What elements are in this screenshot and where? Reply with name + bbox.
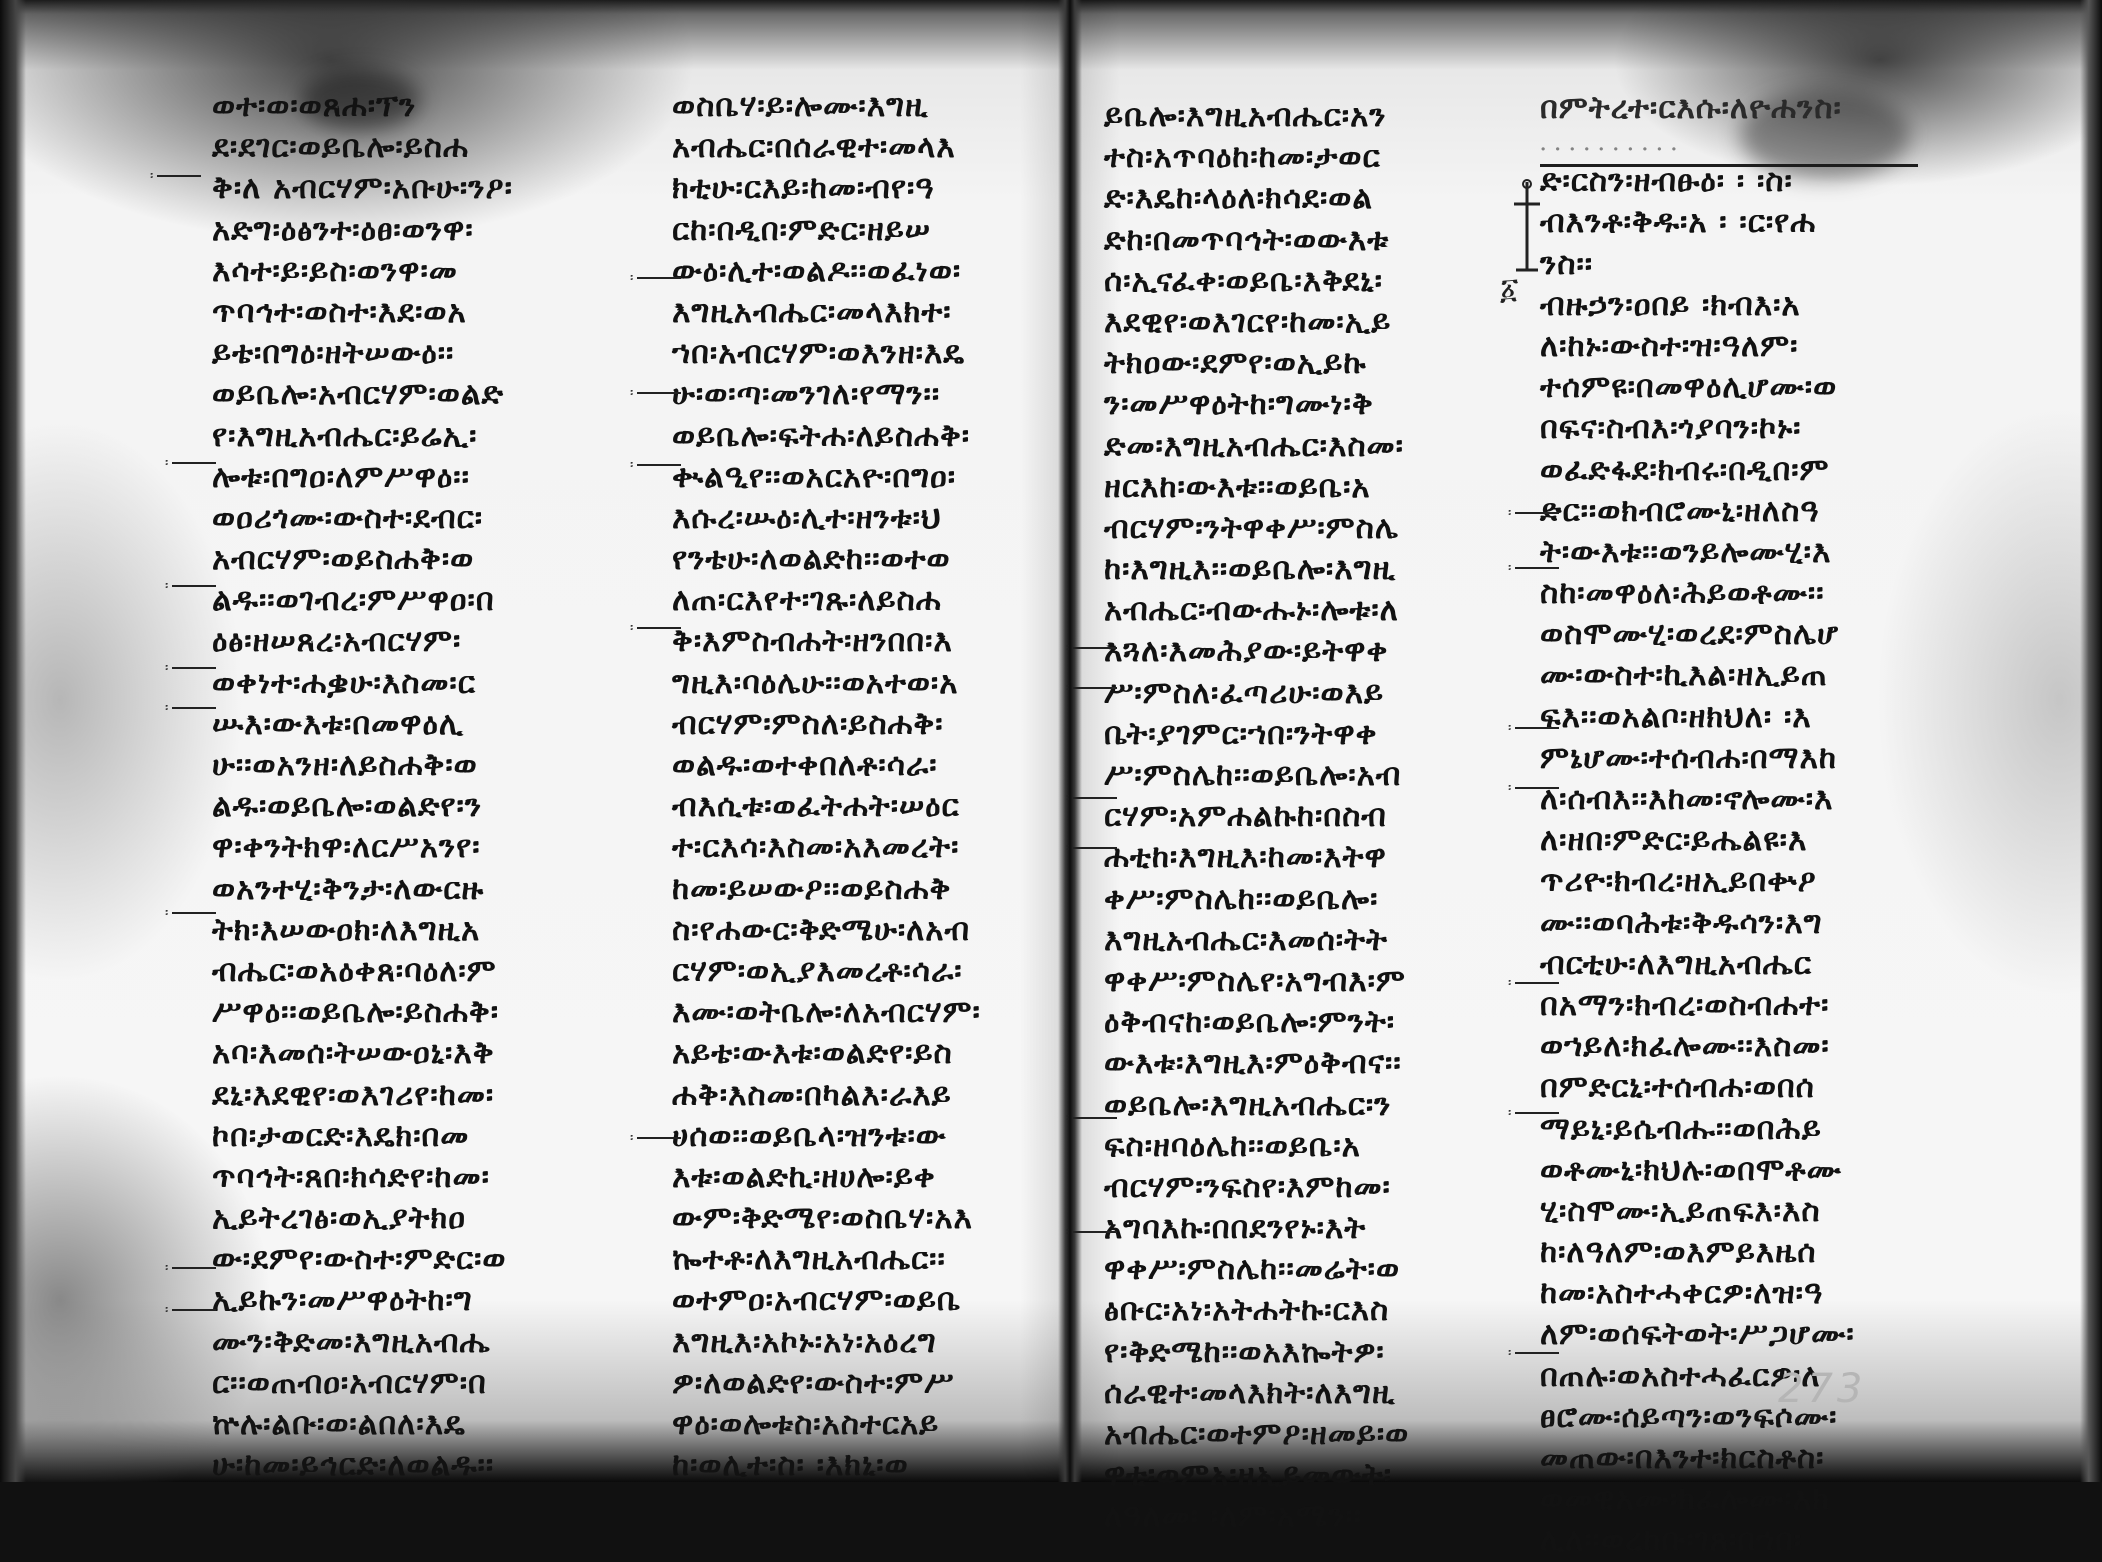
right-book-edge: [2080, 0, 2102, 1482]
ethiopic-numeral-one: ፩: [1500, 272, 1518, 307]
text-line: ዋቀሥ፡ምስሌየ፡አግብእ፡ም: [1104, 961, 1409, 1002]
text-line: ለ፡ሰብእ፡፡እከመ፡ኖሎሙ፡እ: [1540, 779, 1855, 820]
text-line: ወተ፡ወ፡ወጸሐ፡ፕን: [212, 86, 513, 127]
book-gutter: [1058, 0, 1082, 1482]
text-line: ወይቤሎ፡አብርሃም፡ወልድ: [212, 374, 513, 415]
text-line: ለም፡ወሰፍትወት፡ሥጋሆሙ፡: [1540, 1314, 1855, 1355]
text-line: ወአንተሂ፡ቅንታ፡ለውርዙ: [212, 869, 513, 910]
text-column-1: ወተ፡ወ፡ወጸሐ፡ፕንደ፡ደገር፡ወይቤሎ፡ይስሐቅ፡ለ አብርሃም፡አቡሁ፡ን…: [212, 86, 513, 1482]
section-mark-icon: ፡: [1066, 790, 1117, 806]
text-line: ይቤሎ፡እግዚአብሔር፡አን: [1104, 96, 1409, 137]
section-heading-faded: · · · · · · · · · ·: [1540, 129, 1855, 161]
text-line: ፅቡር፡አነ፡አትሐትኩ፡ርእስ: [1104, 1290, 1409, 1331]
text-line: ከ፡ወሊተ፡ስ፡ ፡እክኒ፡ወ: [672, 1445, 981, 1482]
text-line: ድመ፡እግዚአብሔር፡እስመ፡: [1104, 426, 1409, 467]
section-mark-icon: ፡: [165, 1260, 216, 1276]
text-line: ተ፡ርእሳ፡እስመ፡አእመረት፡: [672, 827, 981, 868]
section-mark-icon: ፡: [1066, 680, 1117, 696]
section-mark-icon: ፡: [1508, 1345, 1559, 1361]
text-line: ሁ፡ከመ፡ይኅርድ፡ለወልዱ፡፡: [212, 1445, 513, 1482]
text-line: ፍስ፡ዘባዕሌከ፡፡ወይቤ፡አ: [1104, 1126, 1409, 1167]
text-line: ብርሃም፡ንትዋቀሥ፡ምስሌ: [1104, 508, 1409, 549]
text-line: ንስ፡፡: [1540, 244, 1855, 285]
text-line: ሂ፡ስሞሙ፡ኢይጠፍእ፡እስ: [1540, 1191, 1855, 1232]
text-line: ጥባኅት፡ጸበ፡ክሳድየ፡ከመ፡: [212, 1157, 513, 1198]
text-line: ከመ፡አስተሓቀርዎ፡ለዝ፡ዓ: [1540, 1273, 1855, 1314]
text-line: እሱረ፡ሡዕ፡ሊተ፡ዘንቱ፡ህ: [672, 498, 981, 539]
section-mark-icon: ፡: [165, 578, 216, 594]
text-line: እግዚአብሔር፡እመሰ፡ትት: [1104, 920, 1409, 961]
text-line: ዕቅብናከ፡ወይቤሎ፡ምንት፡: [1104, 1002, 1409, 1043]
text-line: ደኒ፡እደዊየ፡ወእገሪየ፡ከመ፡: [212, 1075, 513, 1116]
text-line: ን፡መሥዋዕትከ፡ግሙነ፡ቅ: [1104, 384, 1409, 425]
text-line: ክቲሁ፡ርእይ፡ከመ፡ብየ፡ዓ: [672, 168, 981, 209]
section-mark-icon: ፡: [630, 270, 681, 286]
section-mark-icon: ፡: [1508, 780, 1559, 796]
text-line: የ፡ቅድሜከ፡፡ወአእኰትዎ፡: [1104, 1332, 1409, 1373]
text-line: የንቴሁ፡ለወልድከ፡፡ወተወ: [672, 539, 981, 580]
text-line: ወልዱ፡ወተቀበለቶ፡ሳራ፡: [672, 745, 981, 786]
text-line: ውዕ፡ሊተ፡ወልዶ፡፡ወፈነወ፡: [672, 251, 981, 292]
text-line: ወስቤሃ፡ይ፡ሎሙ፡እግዚ: [672, 86, 981, 127]
text-line: መጠው፡በእንተ፡ክርስቶስ፡: [1540, 1438, 1855, 1479]
text-line: ብሔር፡ወአዕቀጸ፡ባዕለ፡ም: [212, 951, 513, 992]
text-line: ውም፡ቅድሜየ፡ወስቤሃ፡አእ: [672, 1198, 981, 1239]
text-line: ወስሞሙሂ፡ወረደ፡ምስሌሆ: [1540, 614, 1855, 655]
text-line: ርሃም፡አምሐልኩከ፡በስብ: [1104, 796, 1409, 837]
text-line: ቊልዒየ፡፡ወአርአዮ፡በግዐ፡: [672, 457, 981, 498]
text-line: የ፡እግዚአብሔር፡ይሬኢ፡: [212, 416, 513, 457]
text-line: ቅ፡እምስብሐት፡ዘንበበ፡እ: [672, 621, 981, 662]
text-line: ብርቲሁ፡ለእግዚአብሔር: [1540, 944, 1855, 985]
text-line: ብርሃም፡ንፍስየ፡እምከመ፡: [1104, 1167, 1409, 1208]
text-line: ብርሃም፡ምስለ፡ይስሐቅ፡: [672, 704, 981, 745]
section-mark-icon: ፡: [1508, 560, 1559, 576]
section-mark-icon: ፡: [1508, 1105, 1559, 1121]
section-mark-icon: ፡: [165, 455, 216, 471]
text-line: እሳተ፡ይ፡ይስ፡ወንዋ፡መ: [212, 251, 513, 292]
text-line: ትክዐው፡ደምየ፡ወኢይኩ: [1104, 343, 1409, 384]
text-line: ኢይትረገፅ፡ወኢያትክዐ: [212, 1198, 513, 1239]
text-line: ውእቱ፡እግዚእ፡ምዕቅብና፡፡: [1104, 1043, 1409, 1084]
text-line: ለ፡ዘበ፡ምድር፡ይሔልዩ፡እ: [1540, 820, 1855, 861]
text-line: ሰራዊተ፡መላእክት፡ለእግዚ: [1104, 1373, 1409, 1414]
text-line: አይቴ፡ውእቱ፡ወልድየ፡ይስ: [672, 1033, 981, 1074]
text-line: ዎ፡ለወልድየ፡ውስተ፡ምሥ: [672, 1363, 981, 1404]
text-line: ከመ፡ይሠውዖ፡፡ወይስሐቅ: [672, 869, 981, 910]
text-line: ዋ፡ቀንትክዋ፡ለርሥአንየ፡: [212, 827, 513, 868]
text-line: አግባእኩ፡በበደንየኑ፡እት: [1104, 1208, 1409, 1249]
section-mark-icon: ፡: [1066, 1224, 1117, 1240]
section-mark-icon: ፡: [1508, 975, 1559, 991]
text-line: ብእንቶ፡ቅዱ፡አ ፡ ፡ር፡የሐ: [1540, 202, 1855, 243]
text-line: ኵሉ፡ልቡ፡ወ፡ልበለ፡እዴ: [212, 1404, 513, 1445]
section-mark-icon: ፡: [150, 168, 201, 184]
text-line: ርሃም፡ወኢያእመረቶ፡ሳራ፡: [672, 951, 981, 992]
text-line: ወቶሙኒ፡ክህሉ፡ወበሞቶሙ: [1540, 1150, 1855, 1191]
text-line: ድ፡እዴከ፡ላዕለ፡ክሳደ፡ወል: [1104, 178, 1409, 219]
section-mark-icon: ፡: [165, 660, 216, 676]
section-mark-icon: ፡: [630, 385, 681, 401]
text-line: ትክ፡እሠውዐክ፡ለእግዚአ: [212, 910, 513, 951]
left-book-edge: [0, 0, 26, 1482]
text-line: ፍእ፡፡ወአልቦ፡ዘክህለ፡ ፡እ: [1540, 697, 1855, 738]
text-line: ሙን፡ቅድመ፡እግዚአብሔ: [212, 1322, 513, 1363]
section-mark-icon: ፡: [630, 1130, 681, 1146]
text-line: ደ፡ደገር፡ወይቤሎ፡ይስሐ: [212, 127, 513, 168]
text-line: ዘርእከ፡ውእቱ፡፡ወይቤ፡አ: [1104, 467, 1409, 508]
text-line: ልዱ፡፡ወገብረ፡ምሥዋዐ፡በ: [212, 580, 513, 621]
section-mark-icon: ፡: [1508, 720, 1559, 736]
text-line: ወቀነተ፡ሐቌሁ፡እስመ፡ር: [212, 663, 513, 704]
text-line: ኰተቶ፡ለእግዚአብሔር፡፡: [672, 1239, 981, 1280]
text-line: እደዊየ፡ወእገርየ፡ከመ፡ኢይ: [1104, 302, 1409, 343]
text-line: ዋዕ፡ወሎቱስ፡አስተርአይ: [672, 1404, 981, 1445]
text-line: እግዚእ፡አኮኑ፡አነ፡አዕረግ: [672, 1322, 981, 1363]
text-line: ወይቤሎ፡እግዚአብሔር፡ን: [1104, 1085, 1409, 1126]
text-line: ተስ፡አጥባዕከ፡ከመ፡ታወር: [1104, 137, 1409, 178]
cross-icon: [1512, 178, 1542, 278]
text-line: ቀሥ፡ምስሌከ፡፡ወይቤሎ፡: [1104, 879, 1409, 920]
text-line: ርከ፡በዲበ፡ምድር፡ዘይሠ: [672, 210, 981, 251]
text-line: እሙ፡ወትቤሎ፡ለአብርሃም፡: [672, 992, 981, 1033]
text-line: ስ፡የሐውር፡ቅድሜሁ፡ለአብ: [672, 910, 981, 951]
text-line: ይቴ፡በግዕ፡ዘትሠውዕ፡፡: [212, 333, 513, 374]
text-line: ኀበ፡አብርሃም፡ወእንዘ፡እዴ: [672, 333, 981, 374]
text-line: ድ፡ርስን፡ዘብፁዕ፡ ፡ ፡ስ፡: [1540, 161, 1855, 202]
section-mark-icon: ፡: [165, 905, 216, 921]
section-mark-icon: ፡: [1066, 840, 1117, 856]
text-line: ጥባኅተ፡ወስተ፡እደ፡ወአ: [212, 292, 513, 333]
text-line: ሥ፡ምስለ፡ፈጣሪሁ፡ወእይ: [1104, 673, 1409, 714]
text-line: ዕፅ፡ዘሠጸረ፡አብርሃም፡: [212, 621, 513, 662]
text-line: ስከ፡መዋዕለ፡ሕይወቶሙ፡፡: [1540, 573, 1855, 614]
text-line: ሁ፡፡ወአንዘ፡ለይስሐቅ፡ወ: [212, 745, 513, 786]
text-line: ወይቤሎ፡ፍትሐ፡ለይስሐቅ፡: [672, 416, 981, 457]
text-line: ወኀይለ፡ክፈሎሙ፡፡እስመ፡: [1540, 1026, 1855, 1067]
text-line: ር፡፡ወጠብዐ፡አብርሃም፡በ: [212, 1363, 513, 1404]
text-line: ሐቅ፡እስመ፡በካልእ፡ራእይ: [672, 1075, 981, 1116]
text-line: አብሔር፡ብውሑኑ፡ሎቱ፡ለ: [1104, 590, 1409, 631]
text-line: ት፡ውእቱ፡፡ወንይሎሙሂ፡እ: [1540, 532, 1855, 573]
text-line: ሙ፡ውስተ፡ኪእል፡ዘኢይጠ: [1540, 655, 1855, 696]
section-heading: በምትረተ፡ርእሱ፡ለዮሐንስ፡: [1540, 88, 1855, 129]
text-line: ብዙኃን፡ዐበይ ፡ክብእ፡አ: [1540, 285, 1855, 326]
section-mark-icon: ፡: [1066, 640, 1117, 656]
text-line: ዋቲ፡ወምአ፡ዘኢይመውት፡: [1104, 1455, 1409, 1482]
text-line: ማይኒ፡ይሴብሑ፡፡ወበሕይ: [1540, 1109, 1855, 1150]
text-line: እጓለ፡እመሕያው፡ይትዋቀ: [1104, 631, 1409, 672]
text-line: ድር፡፡ወክብሮሙኒ፡ዘለስዓ: [1540, 491, 1855, 532]
text-line: ለ፡ከኑ፡ውስተ፡ዝ፡ዓለም፡: [1540, 326, 1855, 367]
text-line: ከ፡ለዓለም፡ወእምይእዜሰ: [1540, 1232, 1855, 1273]
text-line: አባ፡እመሰ፡ትሠውዐኒ፡እቅ: [212, 1033, 513, 1074]
text-line: ሀሰወ፡፡ወይቤላ፡ዝንቱ፡ው: [672, 1116, 981, 1157]
section-mark-icon: ፡: [1066, 1110, 1117, 1126]
text-line: አብሔር፡በሰራዊተ፡መላእ: [672, 127, 981, 168]
text-line: ድከ፡በመጥባኅት፡ወውእቱ: [1104, 220, 1409, 261]
text-line: እቱ፡ወልድኪ፡ዘሀሎ፡ይቀ: [672, 1157, 981, 1198]
text-line: ሥዋዕ፡፡ወይቤሎ፡ይስሐቅ፡: [212, 992, 513, 1033]
text-line: በአማን፡ክብረ፡ወስብሐተ፡: [1540, 985, 1855, 1026]
text-line: ግዚእ፡ባዕሌሁ፡፡ወአተወ፡አ: [672, 663, 981, 704]
text-line: ጥሪዮ፡ክብረ፡ዘኢይበቍዖ: [1540, 861, 1855, 902]
text-line: ቤት፡ያገምር፡ኀበ፡ንትዋቀ: [1104, 714, 1409, 755]
text-line: ሁ፡ወ፡ጣ፡መንገለ፡የማን፡፡: [672, 374, 981, 415]
text-line: ሎቱ፡በግዐ፡ለምሥዋዕ፡፡: [212, 457, 513, 498]
text-line: ኮበ፡ታወርድ፡እዴክ፡በመ: [212, 1116, 513, 1157]
section-mark-icon: ፡: [630, 457, 681, 473]
text-line: ልዱ፡ወይቤሎ፡ወልድየ፡ን: [212, 786, 513, 827]
text-line: ኢይኩን፡መሥዋዕትከ፡ግ: [212, 1280, 513, 1321]
text-line: በፍና፡ስብእ፡ጎያባን፡ኮኑ፡: [1540, 408, 1855, 449]
text-line: ምኔሆሙ፡ተሰብሐ፡በማእከ: [1540, 738, 1855, 779]
text-line: አድግ፡ዕፅንተ፡ዕፀ፡ወንዋ፡: [212, 210, 513, 251]
section-mark-icon: ፡: [1508, 505, 1559, 521]
section-mark-icon: ፡: [165, 1302, 216, 1318]
text-line: ተሰምዩ፡በመዋዕሊሆሙ፡ወ: [1540, 367, 1855, 408]
section-mark-icon: ፡: [165, 700, 216, 716]
text-line: እግዚአብሔር፡መላእክተ፡: [672, 292, 981, 333]
text-line: ወተምዐ፡አብርሃም፡ወይቤ: [672, 1280, 981, 1321]
text-line: ከ፡እግዚእ፡፡ወይቤሎ፡እግዚ: [1104, 549, 1409, 590]
text-line: ወፈድፋደ፡ክብሩ፡በዲበ፡ም: [1540, 450, 1855, 491]
folio-number: 273: [1778, 1366, 1866, 1412]
text-line: በምድርኒ፡ተሰብሐ፡ወበሰ: [1540, 1067, 1855, 1108]
manuscript-spread: ወተ፡ወ፡ወጸሐ፡ፕንደ፡ደገር፡ወይቤሎ፡ይስሐቅ፡ለ አብርሃም፡አቡሁ፡ን…: [0, 0, 2102, 1482]
text-column-2: ወስቤሃ፡ይ፡ሎሙ፡እግዚአብሔር፡በሰራዊተ፡መላእክቲሁ፡ርእይ፡ከመ፡ብየ…: [672, 86, 981, 1482]
text-line: ለጠ፡ርእየተ፡ገጹ፡ለይስሐ: [672, 580, 981, 621]
text-line: ሥ፡ምስሌከ፡፡ወይቤሎ፡አብ: [1104, 755, 1409, 796]
section-mark-icon: ፡: [630, 620, 681, 636]
text-line: ሰ፡ኢናፈቀ፡ወይቤ፡እቅደኒ፡: [1104, 261, 1409, 302]
text-line: ወዐሪጎሙ፡ውስተ፡ደብር፡: [212, 498, 513, 539]
text-line: ው፡ደምየ፡ውስተ፡ምድር፡ወ: [212, 1239, 513, 1280]
text-line: ብእሲቱ፡ወፈትሐት፡ሠዕር: [672, 786, 981, 827]
text-column-4: በምትረተ፡ርእሱ፡ለዮሐንስ፡ · · · · · · · · · · ድ፡ር…: [1540, 88, 1855, 1482]
text-line: ሐቲከ፡እግዚእ፡ከመ፡እትዋ: [1104, 837, 1409, 878]
text-line: ዋቀሥ፡ምስሌከ፡፡መሬት፡ወ: [1104, 1249, 1409, 1290]
text-line: ሙ፡፡ወባሕቱ፡ቅዱሳን፡እግ: [1540, 903, 1855, 944]
text-line: አብርሃም፡ወይስሐቅ፡ወ: [212, 539, 513, 580]
text-line: ቅ፡ለ አብርሃም፡አቡሁ፡ንዖ፡: [212, 168, 513, 209]
text-line: ሡእ፡ውእቱ፡በመዋዕሊ: [212, 704, 513, 745]
text-column-3: ይቤሎ፡እግዚአብሔር፡አንተስ፡አጥባዕከ፡ከመ፡ታወርድ፡እዴከ፡ላዕለ፡ክ…: [1104, 96, 1409, 1482]
text-line: አብሔር፡ወተምዖ፡ዘመይ፡ወ: [1104, 1414, 1409, 1455]
